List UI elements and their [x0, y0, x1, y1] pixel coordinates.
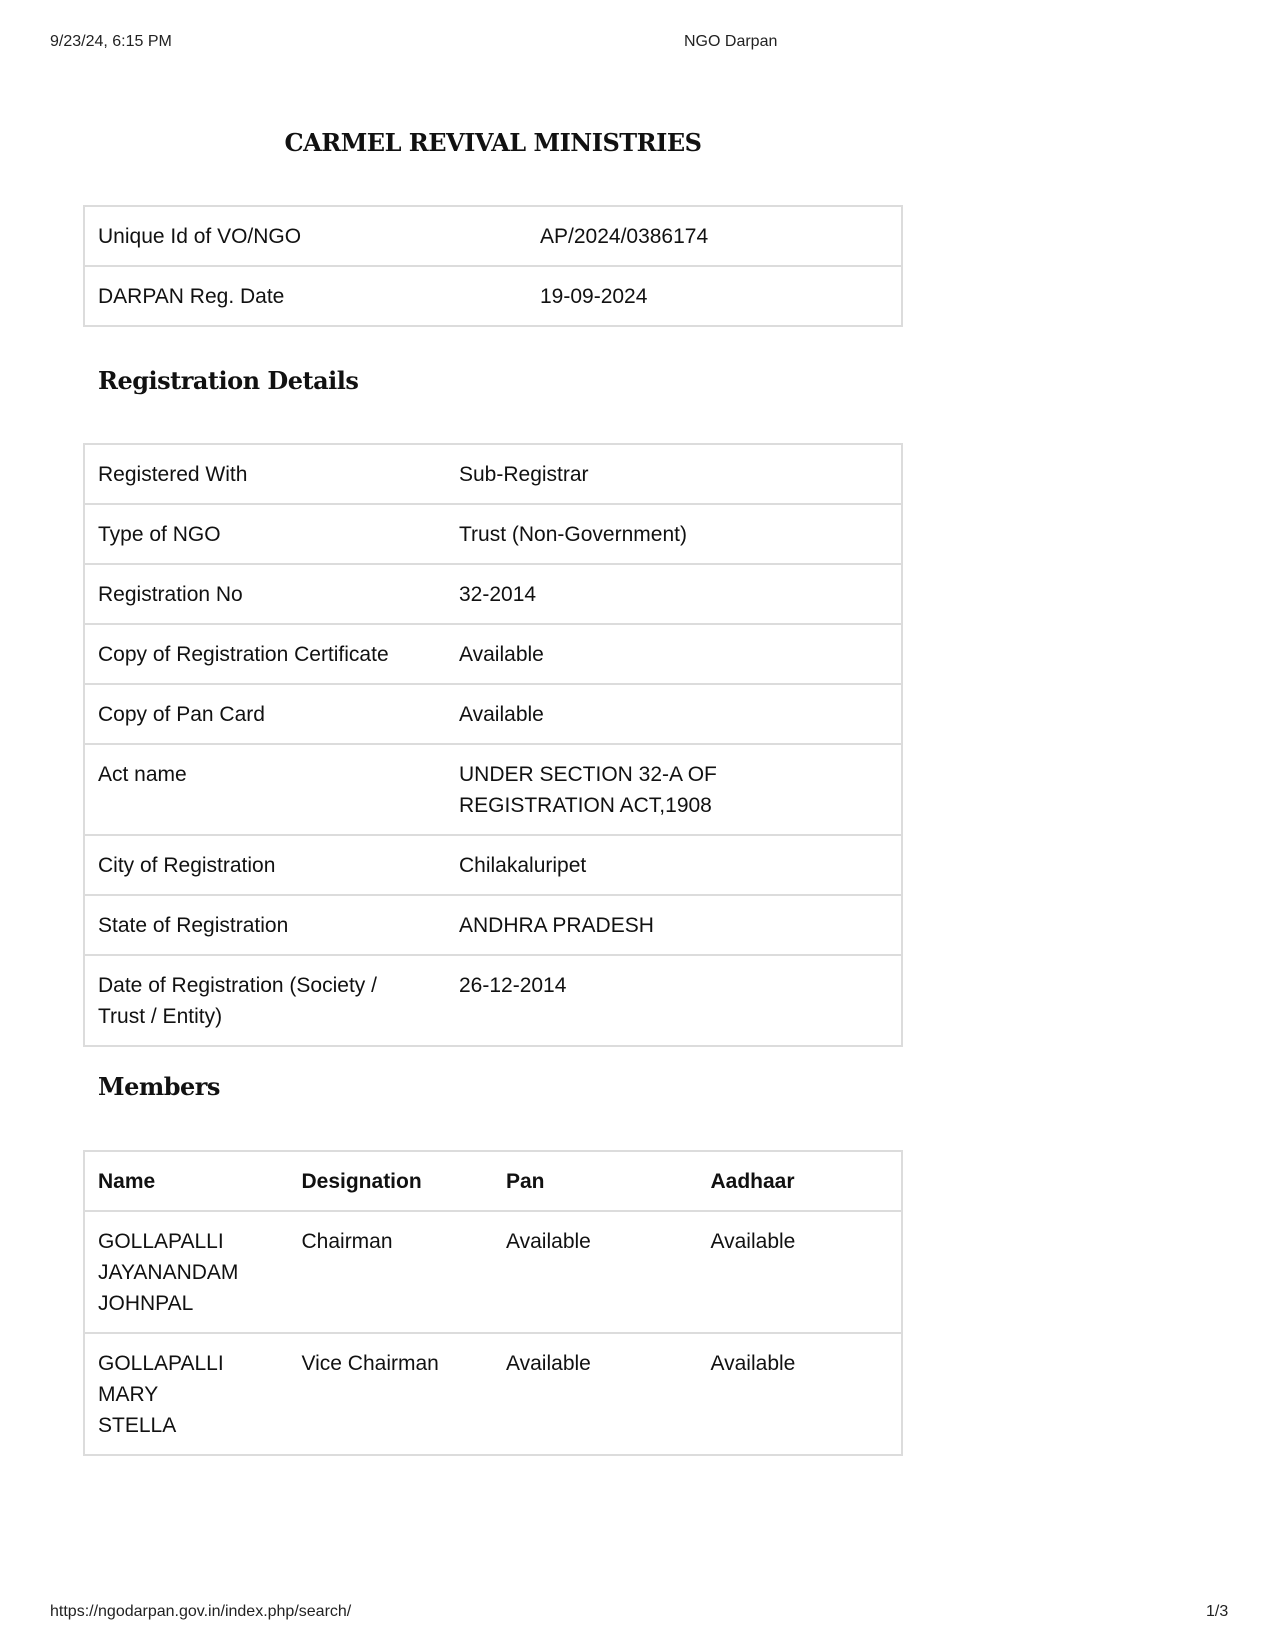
table-row: Type of NGOTrust (Non-Government) [84, 504, 902, 564]
summary-value: 19-09-2024 [527, 266, 902, 326]
field-label: State of Registration [84, 895, 446, 955]
table-row: GOLLAPALLI MARY STELLA Vice Chairman Ava… [84, 1333, 902, 1455]
field-label: Copy of Registration Certificate [84, 624, 446, 684]
table-header-row: Name Designation Pan Aadhaar [84, 1151, 902, 1211]
field-label: Type of NGO [84, 504, 446, 564]
member-aadhaar: Available [698, 1333, 903, 1455]
field-value: UNDER SECTION 32-A OF REGISTRATION ACT,1… [446, 744, 902, 835]
summary-table: Unique Id of VO/NGO AP/2024/0386174 DARP… [83, 205, 903, 327]
field-label: Date of Registration (Society / Trust / … [84, 955, 446, 1046]
field-label: Registered With [84, 444, 446, 504]
field-value: Available [446, 624, 902, 684]
summary-value: AP/2024/0386174 [527, 206, 902, 266]
field-value: Sub-Registrar [446, 444, 902, 504]
field-value: Trust (Non-Government) [446, 504, 902, 564]
members-table: Name Designation Pan Aadhaar GOLLAPALLI … [83, 1150, 903, 1456]
members-heading: Members [98, 1072, 220, 1101]
column-header-name: Name [84, 1151, 289, 1211]
table-row: DARPAN Reg. Date 19-09-2024 [84, 266, 902, 326]
column-header-designation: Designation [289, 1151, 494, 1211]
member-aadhaar: Available [698, 1211, 903, 1333]
field-value: 26-12-2014 [446, 955, 902, 1046]
table-row: Copy of Registration CertificateAvailabl… [84, 624, 902, 684]
field-value: Available [446, 684, 902, 744]
page-url: https://ngodarpan.gov.in/index.php/searc… [50, 1603, 351, 1621]
table-row: City of RegistrationChilakaluripet [84, 835, 902, 895]
member-pan: Available [493, 1211, 698, 1333]
field-label: Copy of Pan Card [84, 684, 446, 744]
print-datetime: 9/23/24, 6:15 PM [50, 33, 172, 51]
table-row: Registered WithSub-Registrar [84, 444, 902, 504]
field-value: ANDHRA PRADESH [446, 895, 902, 955]
table-row: Act nameUNDER SECTION 32-A OF REGISTRATI… [84, 744, 902, 835]
registration-details-table: Registered WithSub-Registrar Type of NGO… [83, 443, 903, 1047]
table-row: State of RegistrationANDHRA PRADESH [84, 895, 902, 955]
member-designation: Chairman [289, 1211, 494, 1333]
field-value: Chilakaluripet [446, 835, 902, 895]
field-value: 32-2014 [446, 564, 902, 624]
member-designation: Vice Chairman [289, 1333, 494, 1455]
summary-label: DARPAN Reg. Date [84, 266, 527, 326]
column-header-aadhaar: Aadhaar [698, 1151, 903, 1211]
field-label: Registration No [84, 564, 446, 624]
field-label: Act name [84, 744, 446, 835]
member-name: GOLLAPALLI MARY STELLA [84, 1333, 289, 1455]
table-row: Date of Registration (Society / Trust / … [84, 955, 902, 1046]
print-page-title: NGO Darpan [684, 33, 777, 51]
registration-details-heading: Registration Details [98, 366, 358, 395]
table-row: Copy of Pan CardAvailable [84, 684, 902, 744]
table-row: Registration No32-2014 [84, 564, 902, 624]
member-name: GOLLAPALLI JAYANANDAM JOHNPAL [84, 1211, 289, 1333]
field-label: City of Registration [84, 835, 446, 895]
page-number: 1/3 [1206, 1603, 1228, 1621]
summary-label: Unique Id of VO/NGO [84, 206, 527, 266]
org-name: CARMEL REVIVAL MINISTRIES [83, 128, 903, 157]
member-pan: Available [493, 1333, 698, 1455]
table-row: Unique Id of VO/NGO AP/2024/0386174 [84, 206, 902, 266]
column-header-pan: Pan [493, 1151, 698, 1211]
table-row: GOLLAPALLI JAYANANDAM JOHNPAL Chairman A… [84, 1211, 902, 1333]
